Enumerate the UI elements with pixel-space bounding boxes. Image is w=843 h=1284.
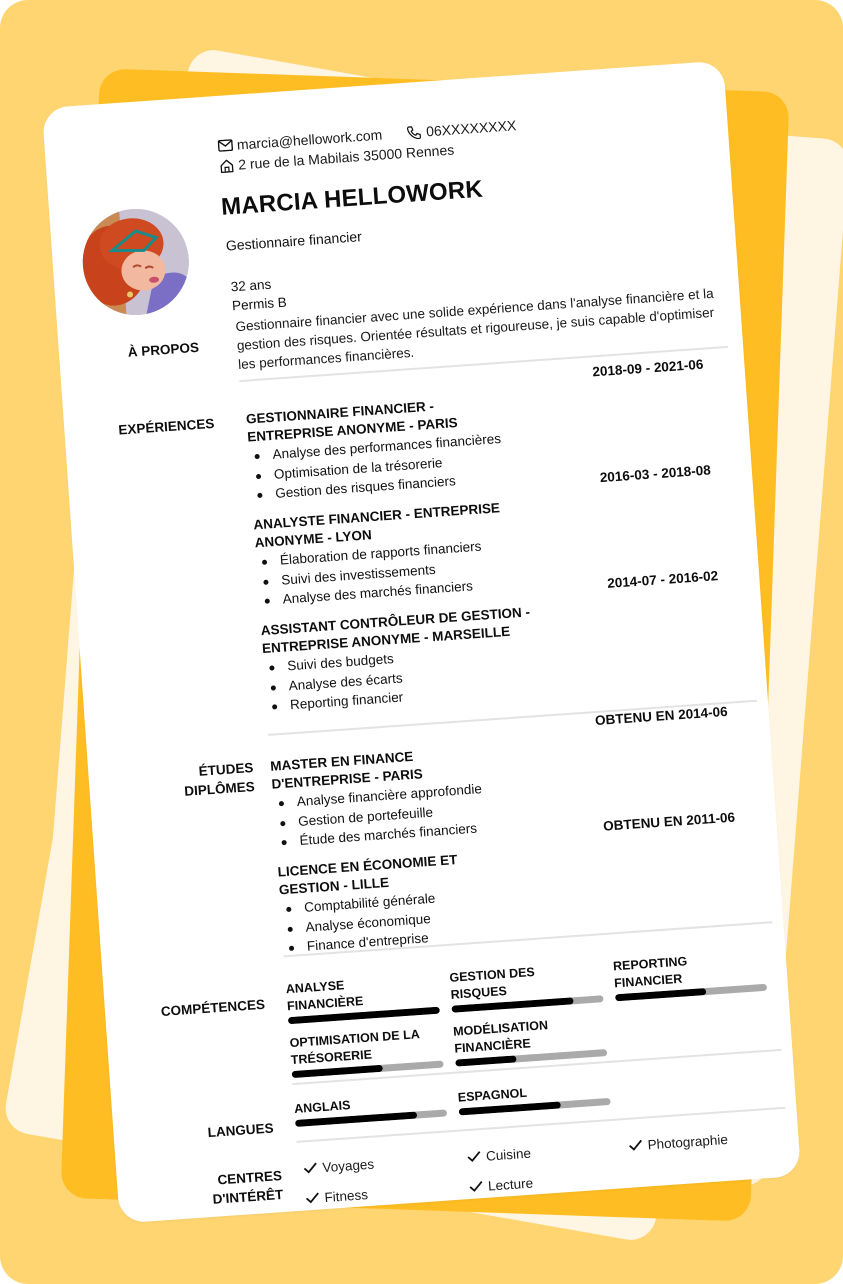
language-item: ANGLAIS [294, 1090, 447, 1127]
interest-label: Lecture [488, 1175, 534, 1193]
check-icon [465, 1148, 482, 1165]
skills-grid: ANALYSE FINANCIÈRE GESTION DES RISQUES R… [285, 939, 781, 1083]
entry-date: 2018-09 - 2021-06 [592, 357, 704, 380]
experience-entry: 2016-03 - 2018-08 ANALYSTE FINANCIER - E… [253, 484, 718, 610]
section-label-skills: COMPÉTENCES [125, 995, 266, 1024]
skill-item: MODÉLISATION FINANCIÈRE [453, 1013, 608, 1066]
interest-item: Lecture [468, 1175, 534, 1195]
skill-item: GESTION DES RISQUES [449, 959, 604, 1012]
section-label-experiences: EXPÉRIENCES [74, 414, 215, 443]
check-icon [627, 1137, 644, 1154]
candidate-name: MARCIA HELLOWORK [220, 176, 484, 222]
experience-entry: 2018-09 - 2021-06 GESTIONNAIRE FINANCIER… [245, 379, 710, 505]
section-label-about: À PROPOS [59, 338, 200, 367]
home-icon [218, 157, 235, 174]
skill-bar-fill [455, 1055, 516, 1066]
interest-item: Cuisine [465, 1145, 531, 1165]
skill-name: MODÉLISATION FINANCIÈRE [453, 1015, 575, 1057]
skill-item: OPTIMISATION DE LA TRÉSORERIE [289, 1025, 444, 1078]
skill-name: ANALYSE FINANCIÈRE [285, 974, 397, 1016]
skill-name: REPORTING FINANCIER [613, 951, 725, 993]
section-label-interests: CENTRES D'INTÉRÊT [142, 1166, 284, 1214]
contact-block: marcia@hellowork.com 06XXXXXXXX 2 rue de… [216, 115, 518, 176]
interest-item: Voyages [302, 1156, 375, 1177]
skill-name: GESTION DES RISQUES [449, 962, 561, 1004]
interest-label: Photographie [647, 1131, 728, 1152]
interest-label: Fitness [324, 1187, 368, 1205]
skill-item: REPORTING FINANCIER [613, 948, 768, 1001]
language-item: ESPAGNOL [457, 1079, 610, 1116]
license-text: Permis B [231, 293, 287, 316]
phone-icon [406, 124, 423, 141]
mail-icon [216, 137, 233, 154]
background: marcia@hellowork.com 06XXXXXXXX 2 rue de… [0, 0, 843, 1284]
skill-item: ANALYSE FINANCIÈRE [285, 971, 440, 1024]
section-label-education: ÉTUDES DIPLÔMES [113, 758, 255, 806]
education-entry: OBTENU EN 2014-06 MASTER EN FINANCE D'EN… [270, 726, 735, 852]
interest-item: Fitness [304, 1186, 368, 1206]
check-icon [304, 1189, 321, 1206]
resume-card: marcia@hellowork.com 06XXXXXXXX 2 rue de… [42, 61, 801, 1224]
check-icon [302, 1159, 319, 1176]
interest-label: Cuisine [485, 1145, 531, 1163]
avatar [79, 205, 192, 318]
entry-date: OBTENU EN 2014-06 [595, 704, 729, 728]
job-title: Gestionnaire financier [225, 228, 362, 253]
check-icon [468, 1178, 485, 1195]
interest-label: Voyages [322, 1156, 375, 1175]
personal-info: 32 ans Permis B [230, 274, 287, 316]
experience-entry: 2014-07 - 2016-02 ASSISTANT CONTRÔLEUR D… [260, 590, 725, 716]
interest-item: Photographie [627, 1131, 728, 1154]
section-label-languages: LANGUES [133, 1119, 274, 1148]
